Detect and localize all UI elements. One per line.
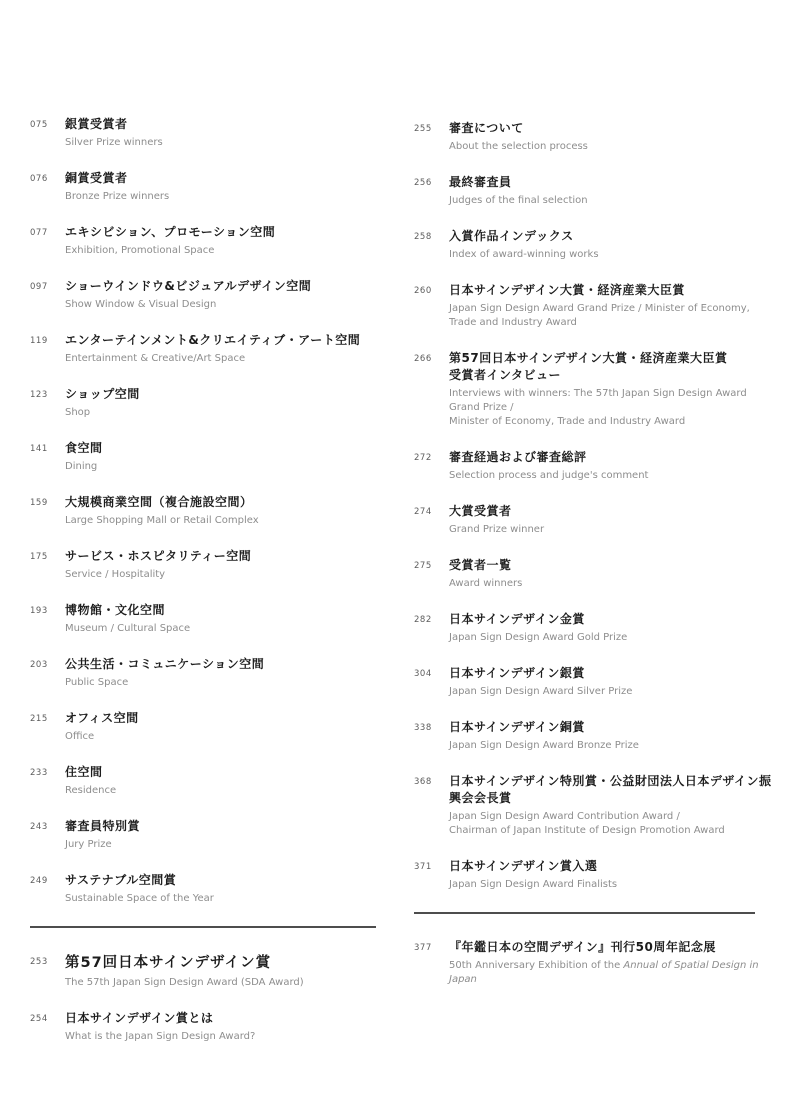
- entry-title-japanese: 第57回日本サインデザイン賞: [65, 953, 376, 973]
- entry-subtitle-english: Judges of the final selection: [449, 194, 776, 208]
- entry-title-japanese: 大賞受賞者: [449, 503, 776, 520]
- toc-entry: 260日本サインデザイン大賞・経済産業大臣賞Japan Sign Design …: [414, 282, 776, 330]
- entry-subtitle-english: Service / Hospitality: [65, 568, 376, 582]
- entry-text: 大規模商業空間（複合施設空間）Large Shopping Mall or Re…: [65, 494, 376, 528]
- entry-title-japanese: 住空間: [65, 764, 376, 781]
- entry-subtitle-english: Public Space: [65, 676, 376, 690]
- entry-text: 日本サインデザイン賞入選Japan Sign Design Award Fina…: [449, 858, 776, 892]
- page-number: 077: [30, 224, 65, 238]
- entry-text: 最終審査員Judges of the final selection: [449, 174, 776, 208]
- entry-title-japanese: 日本サインデザイン賞入選: [449, 858, 776, 875]
- entry-title-japanese: ショップ空間: [65, 386, 376, 403]
- toc-entry: 233住空間Residence: [30, 764, 376, 798]
- toc-entry: 076銅賞受賞者Bronze Prize winners: [30, 170, 376, 204]
- entry-subtitle-english: Museum / Cultural Space: [65, 622, 376, 636]
- entry-subtitle-english: About the selection process: [449, 140, 776, 154]
- entry-subtitle-english: Japan Sign Design Award Bronze Prize: [449, 739, 776, 753]
- entry-subtitle-english: Bronze Prize winners: [65, 190, 376, 204]
- entry-subtitle-english: Japan Sign Design Award Contribution Awa…: [449, 810, 776, 824]
- entry-subtitle-english: Award winners: [449, 577, 776, 591]
- entry-text: 食空間Dining: [65, 440, 376, 474]
- toc-entry: 274大賞受賞者Grand Prize winner: [414, 503, 776, 537]
- entry-subtitle-english: Entertainment & Creative/Art Space: [65, 352, 376, 366]
- page-number: 260: [414, 282, 449, 296]
- entry-title-japanese: サービス・ホスピタリティー空間: [65, 548, 376, 565]
- page-number: 249: [30, 872, 65, 886]
- page-number: 377: [414, 939, 449, 953]
- entry-title-japanese: エンターテインメント&クリエイティブ・アート空間: [65, 332, 376, 349]
- entry-title-japanese: 最終審査員: [449, 174, 776, 191]
- entry-text: 博物館・文化空間Museum / Cultural Space: [65, 602, 376, 636]
- entry-text: エンターテインメント&クリエイティブ・アート空間Entertainment & …: [65, 332, 376, 366]
- entry-subtitle-english: 50th Anniversary Exhibition of the Annua…: [449, 959, 776, 987]
- entry-text: 大賞受賞者Grand Prize winner: [449, 503, 776, 537]
- toc-entry: 377『年鑑日本の空間デザイン』刊行50周年記念展50th Anniversar…: [414, 939, 776, 987]
- entry-title-japanese: 『年鑑日本の空間デザイン』刊行50周年記念展: [449, 939, 776, 956]
- entry-subtitle-english: Interviews with winners: The 57th Japan …: [449, 387, 776, 415]
- toc-entry: 282日本サインデザイン金賞Japan Sign Design Award Go…: [414, 611, 776, 645]
- entry-subtitle-english: Jury Prize: [65, 838, 376, 852]
- toc-entry: 077エキシビション、プロモーション空間Exhibition, Promotio…: [30, 224, 376, 258]
- entry-title-japanese: 食空間: [65, 440, 376, 457]
- entry-title-japanese: 大規模商業空間（複合施設空間）: [65, 494, 376, 511]
- entry-subtitle-english: Exhibition, Promotional Space: [65, 244, 376, 258]
- toc-entry: 119エンターテインメント&クリエイティブ・アート空間Entertainment…: [30, 332, 376, 366]
- toc-entry: 266第57回日本サインデザイン大賞・経済産業大臣賞受賞者インタビューInter…: [414, 350, 776, 429]
- toc-entry: 254日本サインデザイン賞とはWhat is the Japan Sign De…: [30, 1010, 376, 1044]
- entry-title-japanese: 日本サインデザイン大賞・経済産業大臣賞: [449, 282, 776, 299]
- entry-text: 審査員特別賞Jury Prize: [65, 818, 376, 852]
- page-number: 282: [414, 611, 449, 625]
- entry-title-japanese: 受賞者一覧: [449, 557, 776, 574]
- entry-subtitle-english: The 57th Japan Sign Design Award (SDA Aw…: [65, 976, 376, 990]
- entry-text: 審査経過および審査総評Selection process and judge's…: [449, 449, 776, 483]
- entry-title-japanese: オフィス空間: [65, 710, 376, 727]
- entry-text: 受賞者一覧Award winners: [449, 557, 776, 591]
- entry-subtitle-english: Chairman of Japan Institute of Design Pr…: [449, 824, 776, 838]
- entry-text: 入賞作品インデックスIndex of award-winning works: [449, 228, 776, 262]
- toc-entry: 275受賞者一覧Award winners: [414, 557, 776, 591]
- entry-title-japanese: 日本サインデザイン銀賞: [449, 665, 776, 682]
- entry-subtitle-english: Trade and Industry Award: [449, 316, 776, 330]
- toc-entry: 097ショーウインドウ&ビジュアルデザイン空間Show Window & Vis…: [30, 278, 376, 312]
- page-number: 075: [30, 116, 65, 130]
- entry-title-japanese: 博物館・文化空間: [65, 602, 376, 619]
- page-number: 275: [414, 557, 449, 571]
- entry-subtitle-english: Minister of Economy, Trade and Industry …: [449, 415, 776, 429]
- page-number: 304: [414, 665, 449, 679]
- entry-text: 『年鑑日本の空間デザイン』刊行50周年記念展50th Anniversary E…: [449, 939, 776, 987]
- toc-entry: 249サステナブル空間賞Sustainable Space of the Yea…: [30, 872, 376, 906]
- toc-entry: 243審査員特別賞Jury Prize: [30, 818, 376, 852]
- section-divider: [30, 926, 376, 928]
- page-number: 233: [30, 764, 65, 778]
- entry-text: 日本サインデザイン銀賞Japan Sign Design Award Silve…: [449, 665, 776, 699]
- entry-text: ショップ空間Shop: [65, 386, 376, 420]
- entry-title-japanese: 銅賞受賞者: [65, 170, 376, 187]
- entry-text: 審査についてAbout the selection process: [449, 120, 776, 154]
- entry-subtitle-english: Grand Prize winner: [449, 523, 776, 537]
- entry-text: 第57回日本サインデザイン大賞・経済産業大臣賞受賞者インタビューIntervie…: [449, 350, 776, 429]
- entry-title-japanese: 審査員特別賞: [65, 818, 376, 835]
- page-number: 255: [414, 120, 449, 134]
- page-number: 258: [414, 228, 449, 242]
- entry-subtitle-english: Japan Sign Design Award Grand Prize / Mi…: [449, 302, 776, 316]
- toc-left-column: 075銀賞受賞者Silver Prize winners076銅賞受賞者Bron…: [30, 116, 376, 1064]
- toc-entry: 075銀賞受賞者Silver Prize winners: [30, 116, 376, 150]
- entry-subtitle-english: What is the Japan Sign Design Award?: [65, 1030, 376, 1044]
- page-number: 097: [30, 278, 65, 292]
- page-number: 076: [30, 170, 65, 184]
- entry-subtitle-english: Japan Sign Design Award Gold Prize: [449, 631, 776, 645]
- entry-text: 日本サインデザイン特別賞・公益財団法人日本デザイン振興会会長賞Japan Sig…: [449, 773, 776, 838]
- toc-entry: 175サービス・ホスピタリティー空間Service / Hospitality: [30, 548, 376, 582]
- entry-title-japanese: 審査経過および審査総評: [449, 449, 776, 466]
- entry-title-japanese: 日本サインデザイン金賞: [449, 611, 776, 628]
- page-number: 272: [414, 449, 449, 463]
- page-number: 119: [30, 332, 65, 346]
- toc-entry: 368日本サインデザイン特別賞・公益財団法人日本デザイン振興会会長賞Japan …: [414, 773, 776, 838]
- toc-entry: 272審査経過および審査総評Selection process and judg…: [414, 449, 776, 483]
- entry-subtitle-english: Show Window & Visual Design: [65, 298, 376, 312]
- entry-title-japanese: 日本サインデザイン銅賞: [449, 719, 776, 736]
- entry-title-japanese: エキシビション、プロモーション空間: [65, 224, 376, 241]
- entry-text: 銅賞受賞者Bronze Prize winners: [65, 170, 376, 204]
- entry-text: 日本サインデザイン大賞・経済産業大臣賞Japan Sign Design Awa…: [449, 282, 776, 330]
- entry-text: 第57回日本サインデザイン賞The 57th Japan Sign Design…: [65, 953, 376, 990]
- entry-title-japanese: 日本サインデザイン賞とは: [65, 1010, 376, 1027]
- entry-title-japanese: サステナブル空間賞: [65, 872, 376, 889]
- entry-title-japanese: 審査について: [449, 120, 776, 137]
- entry-title-japanese: 公共生活・コミュニケーション空間: [65, 656, 376, 673]
- entry-text: オフィス空間Office: [65, 710, 376, 744]
- entry-text: 日本サインデザイン賞とはWhat is the Japan Sign Desig…: [65, 1010, 376, 1044]
- entry-title-japanese: 受賞者インタビュー: [449, 367, 776, 384]
- page-number: 123: [30, 386, 65, 400]
- entry-title-japanese: ショーウインドウ&ビジュアルデザイン空間: [65, 278, 376, 295]
- entry-text: 日本サインデザイン金賞Japan Sign Design Award Gold …: [449, 611, 776, 645]
- entry-subtitle-english: Office: [65, 730, 376, 744]
- toc-entry: 304日本サインデザイン銀賞Japan Sign Design Award Si…: [414, 665, 776, 699]
- page-number: 203: [30, 656, 65, 670]
- entry-subtitle-english: Shop: [65, 406, 376, 420]
- page-number: 254: [30, 1010, 65, 1024]
- entry-title-japanese: 入賞作品インデックス: [449, 228, 776, 245]
- toc-entry: 203公共生活・コミュニケーション空間Public Space: [30, 656, 376, 690]
- entry-text: 公共生活・コミュニケーション空間Public Space: [65, 656, 376, 690]
- page-number: 274: [414, 503, 449, 517]
- page-number: 368: [414, 773, 449, 787]
- toc-page: 075銀賞受賞者Silver Prize winners076銅賞受賞者Bron…: [0, 0, 790, 1109]
- toc-entry: 338日本サインデザイン銅賞Japan Sign Design Award Br…: [414, 719, 776, 753]
- toc-entry: 123ショップ空間Shop: [30, 386, 376, 420]
- entry-title-japanese: 銀賞受賞者: [65, 116, 376, 133]
- page-number: 338: [414, 719, 449, 733]
- toc-entry: 215オフィス空間Office: [30, 710, 376, 744]
- entry-subtitle-english: Large Shopping Mall or Retail Complex: [65, 514, 376, 528]
- entry-subtitle-english: Selection process and judge's comment: [449, 469, 776, 483]
- entry-subtitle-english: Residence: [65, 784, 376, 798]
- entry-subtitle-english: Japan Sign Design Award Silver Prize: [449, 685, 776, 699]
- page-number: 141: [30, 440, 65, 454]
- entry-subtitle-english: Dining: [65, 460, 376, 474]
- entry-text: 住空間Residence: [65, 764, 376, 798]
- toc-entry: 253第57回日本サインデザイン賞The 57th Japan Sign Des…: [30, 953, 376, 990]
- page-number: 253: [30, 953, 65, 967]
- section-divider: [414, 912, 755, 914]
- entry-text: サステナブル空間賞Sustainable Space of the Year: [65, 872, 376, 906]
- entry-text: 日本サインデザイン銅賞Japan Sign Design Award Bronz…: [449, 719, 776, 753]
- entry-text: 銀賞受賞者Silver Prize winners: [65, 116, 376, 150]
- page-number: 215: [30, 710, 65, 724]
- subtitle-plain-segment: 50th Anniversary Exhibition of the: [449, 960, 623, 971]
- page-number: 266: [414, 350, 449, 364]
- entry-title-japanese: 第57回日本サインデザイン大賞・経済産業大臣賞: [449, 350, 776, 367]
- entry-subtitle-english: Silver Prize winners: [65, 136, 376, 150]
- page-number: 256: [414, 174, 449, 188]
- toc-entry: 255審査についてAbout the selection process: [414, 120, 776, 154]
- page-number: 193: [30, 602, 65, 616]
- page-number: 175: [30, 548, 65, 562]
- toc-entry: 193博物館・文化空間Museum / Cultural Space: [30, 602, 376, 636]
- toc-entry: 141食空間Dining: [30, 440, 376, 474]
- entry-text: エキシビション、プロモーション空間Exhibition, Promotional…: [65, 224, 376, 258]
- entry-subtitle-english: Index of award-winning works: [449, 248, 776, 262]
- page-number: 243: [30, 818, 65, 832]
- toc-entry: 258入賞作品インデックスIndex of award-winning work…: [414, 228, 776, 262]
- entry-text: サービス・ホスピタリティー空間Service / Hospitality: [65, 548, 376, 582]
- toc-right-column: 255審査についてAbout the selection process256最…: [414, 120, 776, 1007]
- entry-subtitle-english: Japan Sign Design Award Finalists: [449, 878, 776, 892]
- page-number: 159: [30, 494, 65, 508]
- entry-text: ショーウインドウ&ビジュアルデザイン空間Show Window & Visual…: [65, 278, 376, 312]
- toc-entry: 371日本サインデザイン賞入選Japan Sign Design Award F…: [414, 858, 776, 892]
- page-number: 371: [414, 858, 449, 872]
- toc-entry: 256最終審査員Judges of the final selection: [414, 174, 776, 208]
- entry-title-japanese: 日本サインデザイン特別賞・公益財団法人日本デザイン振興会会長賞: [449, 773, 776, 807]
- entry-subtitle-english: Sustainable Space of the Year: [65, 892, 376, 906]
- toc-entry: 159大規模商業空間（複合施設空間）Large Shopping Mall or…: [30, 494, 376, 528]
